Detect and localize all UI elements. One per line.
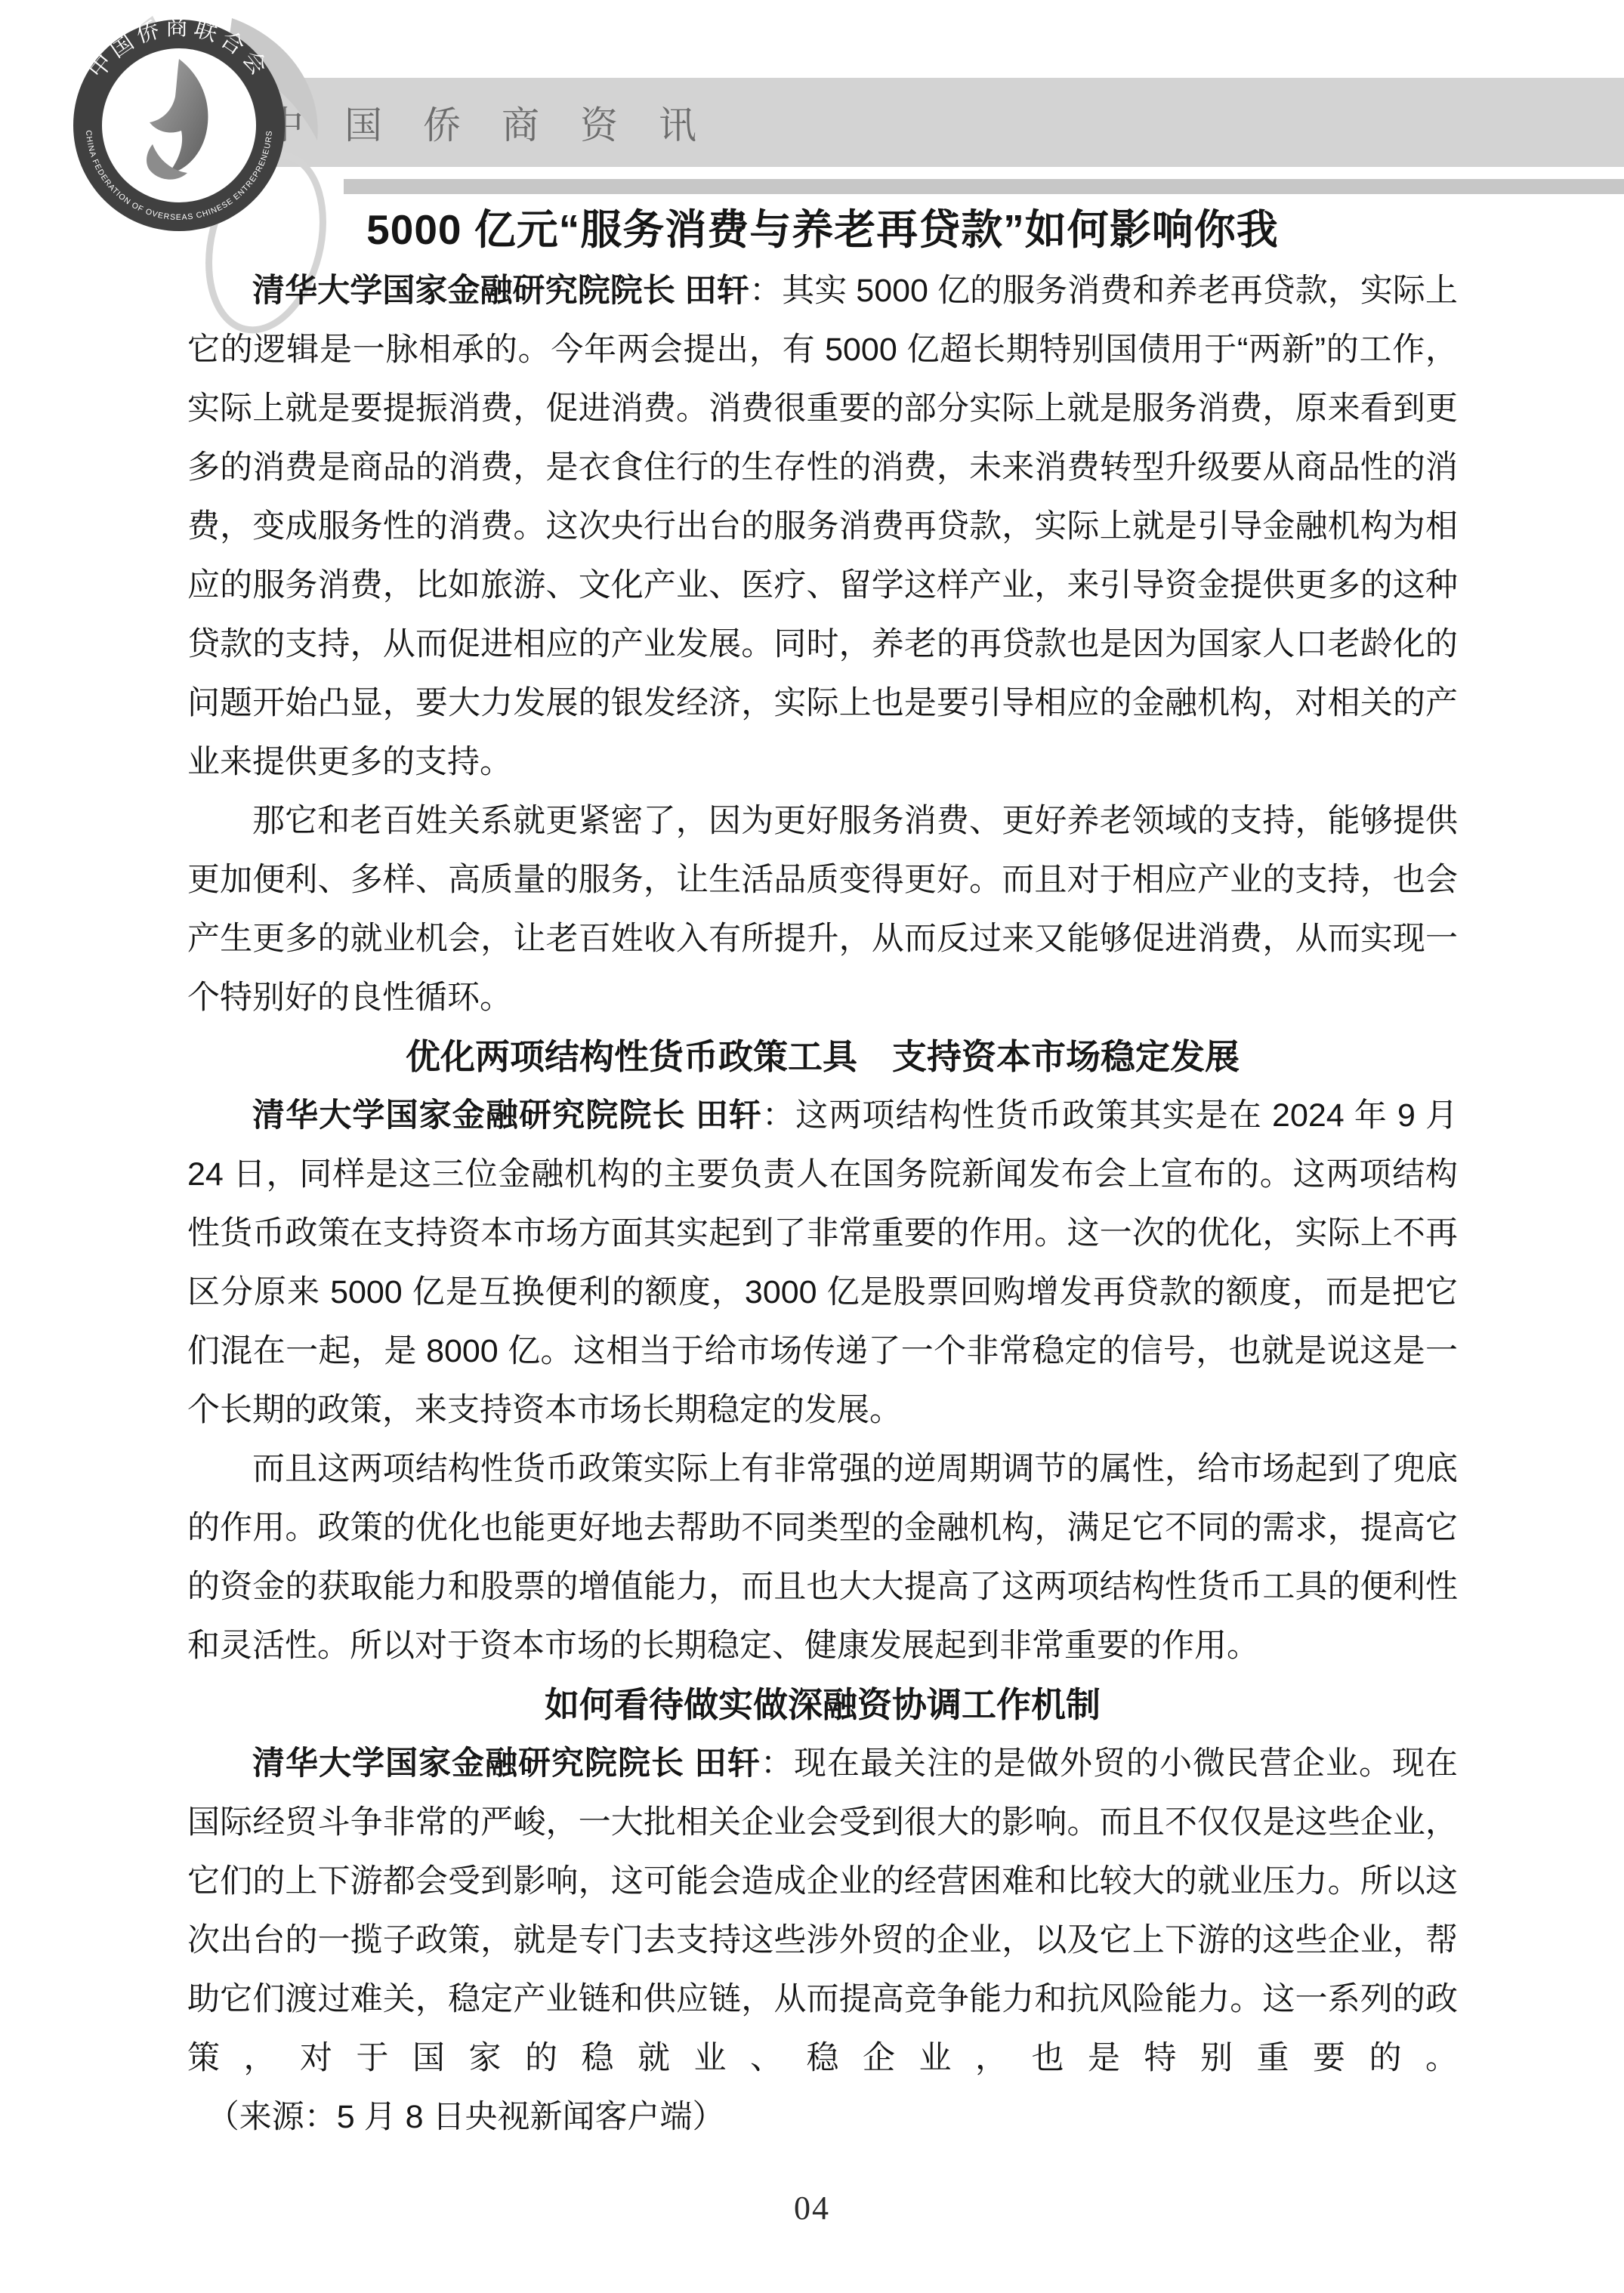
article-1-paragraph-1: 清华大学国家金融研究院院长 田轩：其实 5000 亿的服务消费和养老再贷款，实际… xyxy=(187,261,1458,792)
paragraph-text: 那它和老百姓关系就更紧密了，因为更好服务消费、更好养老领域的支持，能够提供更加便… xyxy=(187,803,1458,1016)
article-1-title: 5000 亿元“服务消费与养老再贷款”如何影响你我 xyxy=(187,198,1458,261)
article-3-title: 如何看待做实做深融资协调工作机制 xyxy=(187,1675,1458,1734)
speaker-name: 清华大学国家金融研究院院长 田轩 xyxy=(252,273,749,309)
speaker-name: 清华大学国家金融研究院院长 田轩 xyxy=(252,1745,761,1782)
paragraph-text: 而且这两项结构性货币政策实际上有非常强的逆周期调节的属性，给市场起到了兜底的作用… xyxy=(187,1451,1458,1664)
article-2-title: 优化两项结构性货币政策工具 支持资本市场稳定发展 xyxy=(187,1027,1458,1086)
speaker-name: 清华大学国家金融研究院院长 田轩 xyxy=(252,1097,762,1134)
paragraph-text: ：现在最关注的是做外贸的小微民营企业。现在国际经贸斗争非常的严峻，一大批相关企业… xyxy=(187,1745,1458,2076)
paragraph-text: ：其实 5000 亿的服务消费和养老再贷款，实际上它的逻辑是一脉相承的。今年两会… xyxy=(187,273,1458,780)
masthead-rule xyxy=(344,179,1624,194)
article-body: 5000 亿元“服务消费与养老再贷款”如何影响你我 清华大学国家金融研究院院长 … xyxy=(187,198,1458,2146)
page-number: 04 xyxy=(0,2189,1624,2227)
paragraph-text: ：这两项结构性货币政策其实是在 2024 年 9 月 24 日，同样是这三位金融… xyxy=(187,1097,1458,1428)
article-2-paragraph-2: 而且这两项结构性货币政策实际上有非常强的逆周期调节的属性，给市场起到了兜底的作用… xyxy=(187,1440,1458,1675)
article-2-paragraph-1: 清华大学国家金融研究院院长 田轩：这两项结构性货币政策其实是在 2024 年 9… xyxy=(187,1086,1458,1440)
article-1-paragraph-2: 那它和老百姓关系就更紧密了，因为更好服务消费、更好养老领域的支持，能够提供更加便… xyxy=(187,792,1458,1027)
source-note: （来源：5 月 8 日央视新闻客户端） xyxy=(223,2099,724,2135)
article-3-paragraph-1: 清华大学国家金融研究院院长 田轩：现在最关注的是做外贸的小微民营企业。现在国际经… xyxy=(187,1734,1458,2146)
